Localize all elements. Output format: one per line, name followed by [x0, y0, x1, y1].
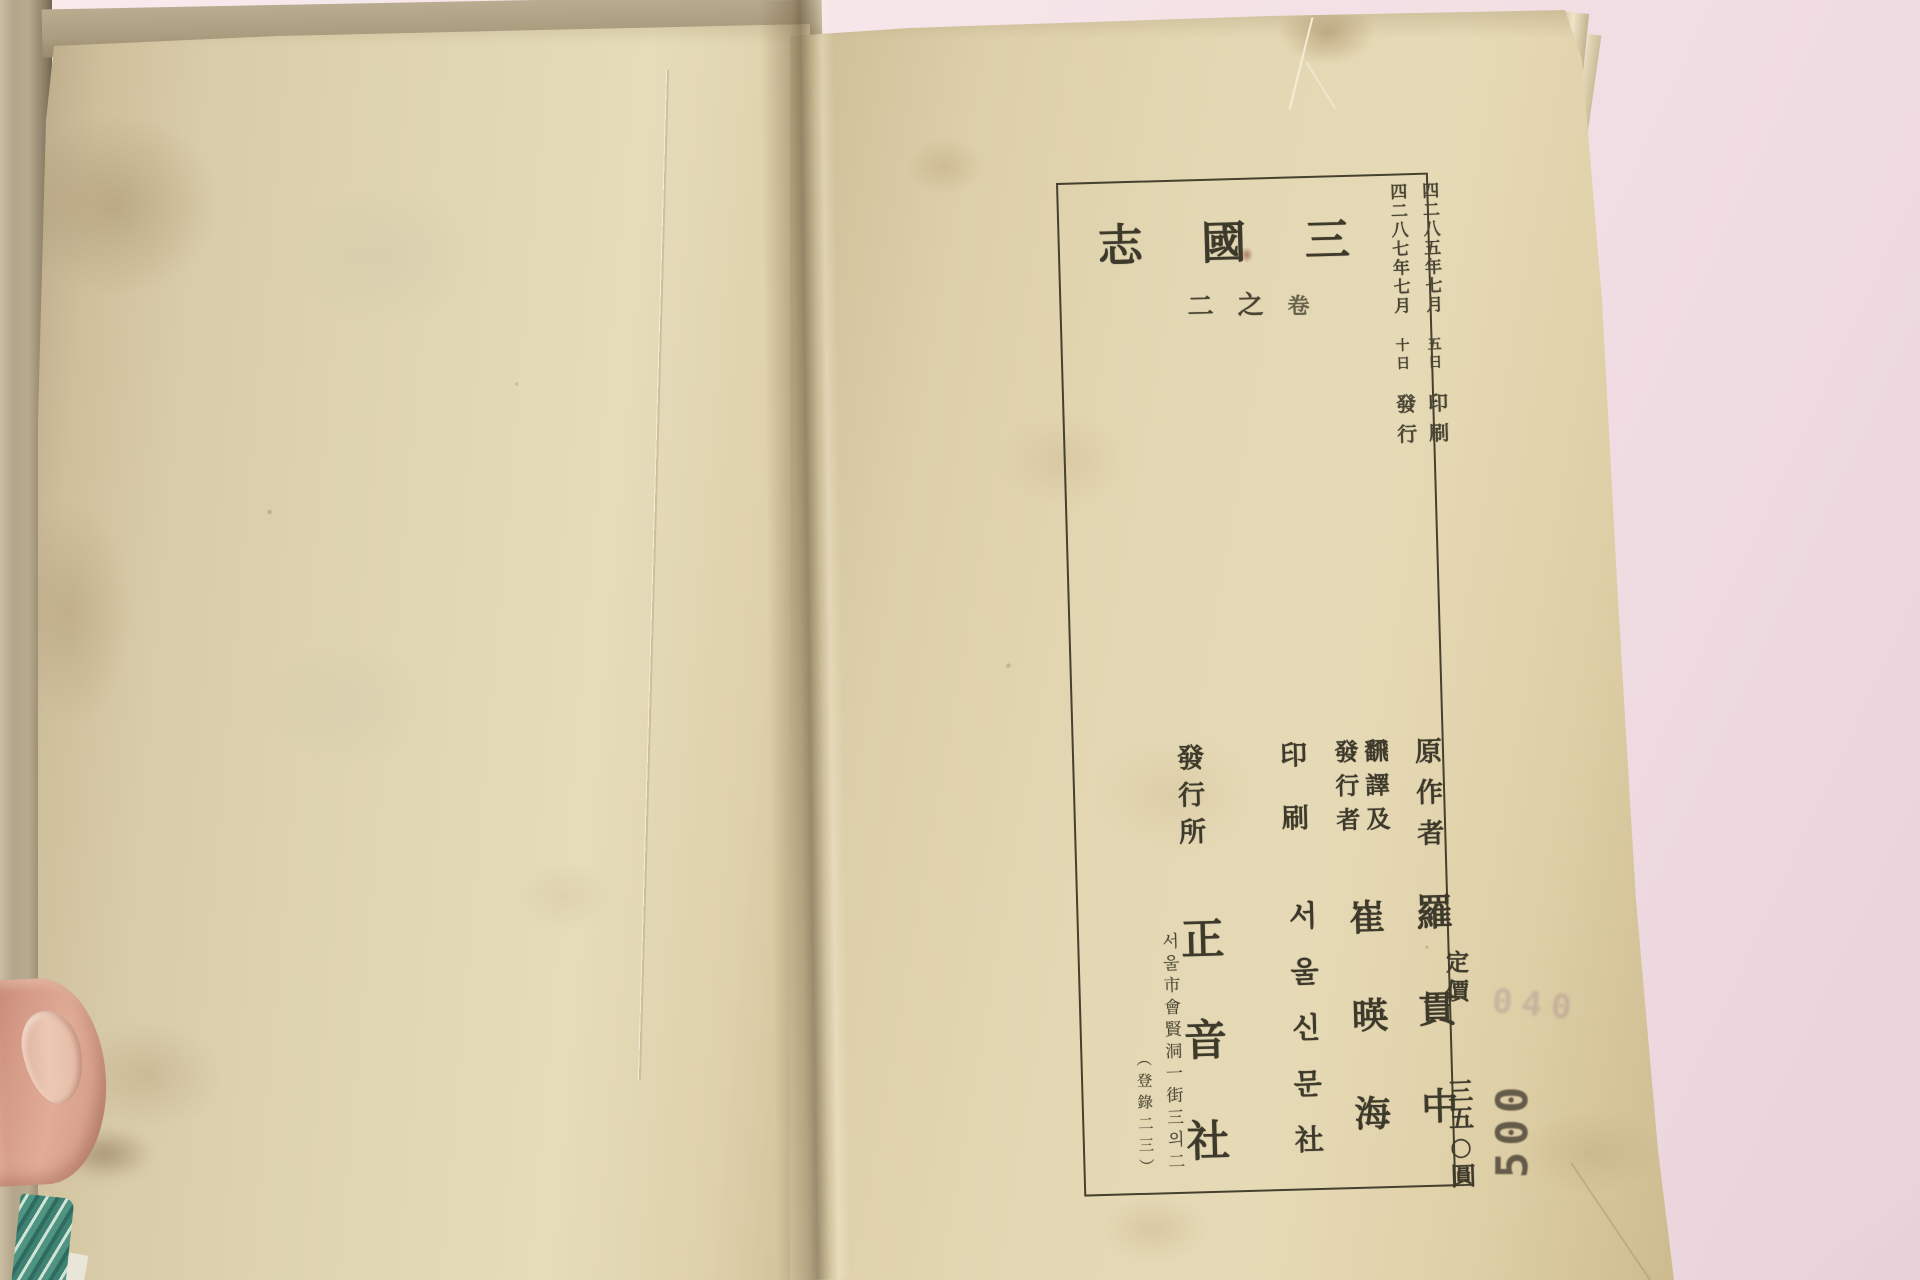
- price-label: 定價: [1444, 950, 1467, 1008]
- role-publishing-house: 發行所: [1174, 743, 1204, 855]
- publish-date: 四二八七年七月: [1387, 183, 1409, 317]
- title-char-left: 志: [1097, 209, 1144, 275]
- volume-char-middle: 之: [1237, 284, 1264, 322]
- imprint-dates: 四二八五年七月 五日 印刷 四二八七年七月 十日 發行: [1385, 177, 1459, 479]
- role-printer: 印刷: [1277, 740, 1308, 867]
- title-char-right: 三: [1304, 203, 1351, 269]
- role-original-author: 原作者: [1412, 737, 1442, 861]
- teal-cover-corner: [12, 1193, 75, 1280]
- volume-char-right: 卷: [1287, 289, 1310, 321]
- price-stamp-500: 500: [1482, 1076, 1544, 1182]
- role-translator-line1: 飜譯及: [1362, 738, 1389, 841]
- role-translator-line2: 發行者: [1332, 739, 1359, 842]
- photo-of-open-book: 志 國 三 二 之 卷 原作者 羅貫中 飜譯及 發行者 崔暎海 印刷 서울신문社…: [0, 0, 1920, 1280]
- publisher-registration: （登錄二三）: [1134, 1051, 1153, 1180]
- publish-day: 十日: [1394, 337, 1409, 373]
- book-title: 志 國 三: [1097, 203, 1351, 275]
- print-date: 四二八五年七月: [1419, 181, 1441, 315]
- title-char-middle: 國: [1200, 206, 1247, 272]
- name-printer: 서울신문社: [1286, 900, 1323, 1181]
- left-page: [38, 0, 810, 1280]
- print-date-column: 四二八五年七月 五日 印刷: [1419, 177, 1447, 178]
- volume-char-left: 二: [1187, 286, 1214, 324]
- price-amount: 三五○圓: [1446, 1078, 1475, 1191]
- faint-stamp: 040: [1490, 981, 1582, 1029]
- print-action: 印刷: [1426, 392, 1448, 453]
- name-translator-publisher: 崔暎海: [1346, 898, 1390, 1193]
- publish-action: 發行: [1394, 393, 1416, 454]
- publish-date-column: 四二八七年七月 十日 發行: [1387, 178, 1415, 179]
- name-publishing-house: 正音社: [1177, 916, 1228, 1220]
- print-day: 五日: [1426, 336, 1441, 372]
- volume-label: 二 之 卷: [1187, 283, 1310, 323]
